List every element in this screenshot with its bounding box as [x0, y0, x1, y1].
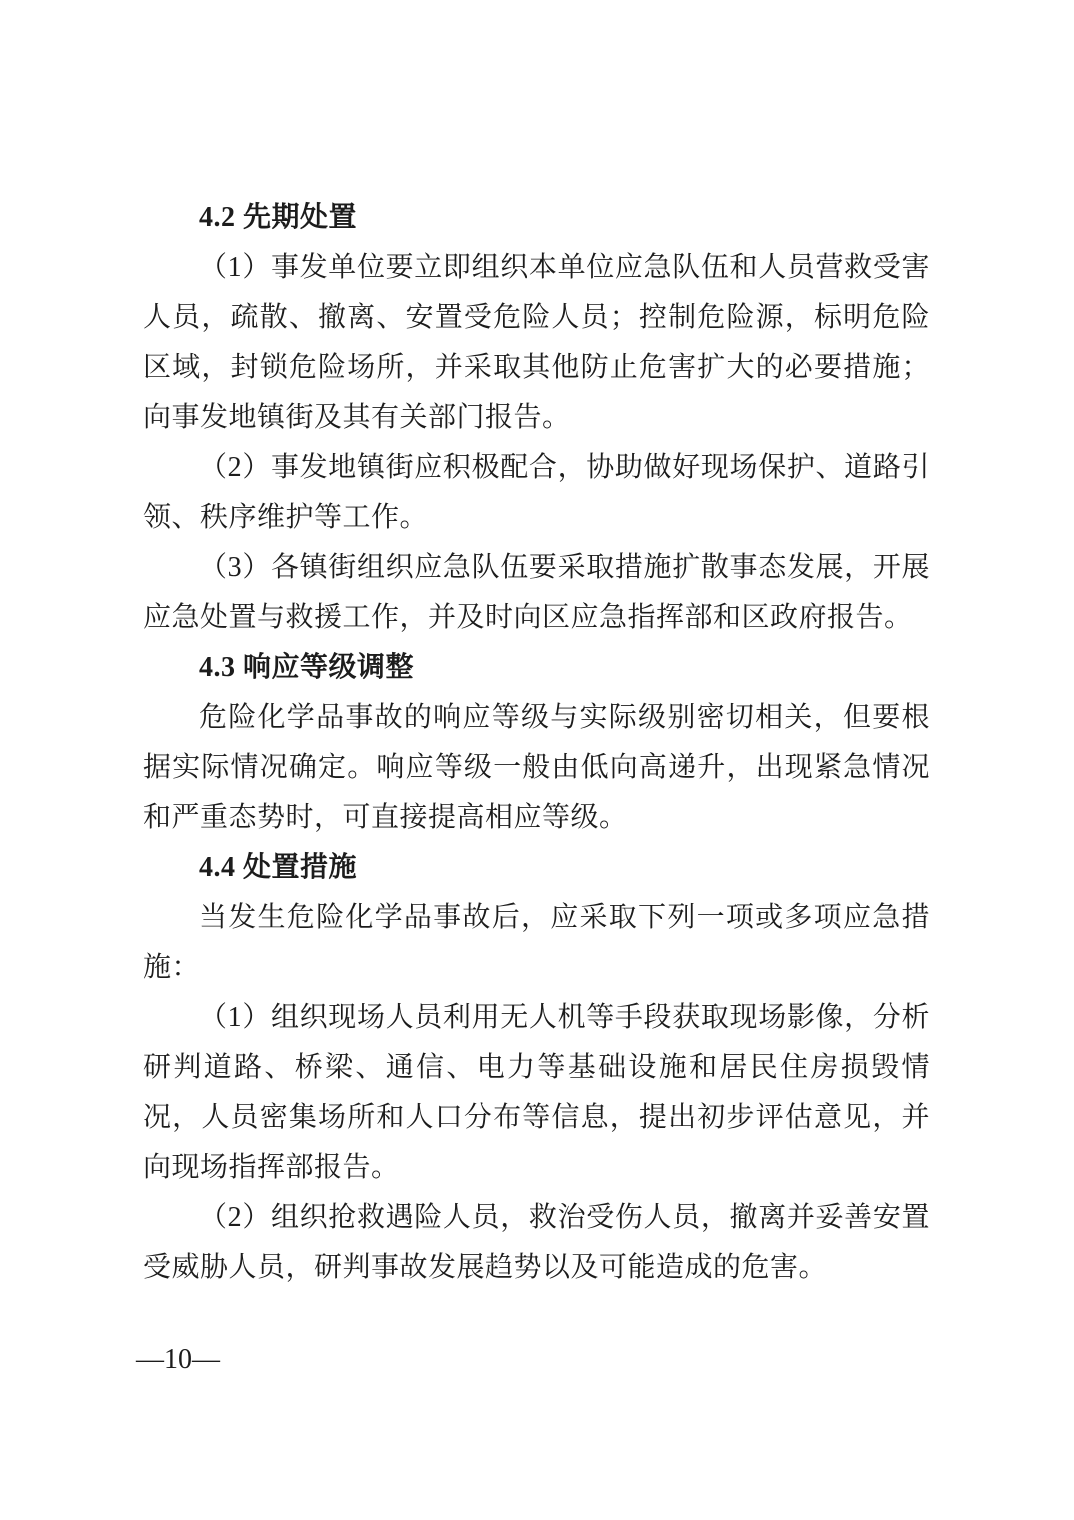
section-heading-4-3: 4.3 响应等级调整 [143, 643, 930, 693]
document-page: 4.2 先期处置 （1）事发单位要立即组织本单位应急队伍和人员营救受害人员，疏散… [0, 0, 1074, 1520]
paragraph-4-4-item-2: （2）组织抢救遇险人员，救治受伤人员，撤离并妥善安置受威胁人员，研判事故发展趋势… [143, 1193, 930, 1293]
section-heading-4-2: 4.2 先期处置 [143, 193, 930, 243]
paragraph-4-3-body: 危险化学品事故的响应等级与实际级别密切相关，但要根据实际情况确定。响应等级一般由… [143, 693, 930, 843]
document-body: 4.2 先期处置 （1）事发单位要立即组织本单位应急队伍和人员营救受害人员，疏散… [143, 193, 930, 1293]
paragraph-4-4-item-1: （1）组织现场人员利用无人机等手段获取现场影像，分析研判道路、桥梁、通信、电力等… [143, 993, 930, 1193]
paragraph-4-4-intro: 当发生危险化学品事故后，应采取下列一项或多项应急措施： [143, 893, 930, 993]
paragraph-4-2-item-1: （1）事发单位要立即组织本单位应急队伍和人员营救受害人员，疏散、撤离、安置受危险… [143, 243, 930, 443]
page-number: —10— [136, 1340, 220, 1380]
paragraph-4-2-item-3: （3）各镇街组织应急队伍要采取措施扩散事态发展，开展应急处置与救援工作，并及时向… [143, 543, 930, 643]
paragraph-4-2-item-2: （2）事发地镇街应积极配合，协助做好现场保护、道路引领、秩序维护等工作。 [143, 443, 930, 543]
section-heading-4-4: 4.4 处置措施 [143, 843, 930, 893]
